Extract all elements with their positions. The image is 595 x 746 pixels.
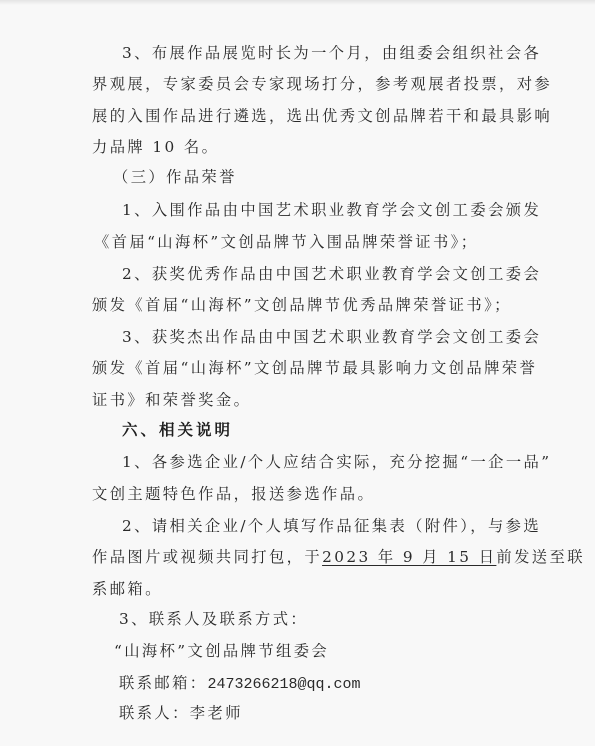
note-item-2-line: 作品图片或视频共同打包，于2023 年 9 月 15 日前发送至联 <box>92 547 508 567</box>
honor-item-3-line: 颁发《首届“山海杯”文创品牌节最具影响力文创品牌荣誉 <box>92 358 508 378</box>
note-item-2-line: 2、请相关企业/个人填写作品征集表（附件），与参选 <box>122 516 538 536</box>
contact-heading: 3、联系人及联系方式： <box>119 609 535 629</box>
note-item-1-line: 1、各参选企业/个人应结合实际，充分挖掘“一企一品” <box>122 452 538 472</box>
honor-item-3-line: 证书》和荣誉奖金。 <box>92 390 508 410</box>
note-item-2-suffix: 前发送至联 <box>496 548 585 566</box>
paragraph-line: 展的入围作品进行遴选，选出优秀文创品牌若干和最具影响 <box>92 106 508 126</box>
contact-person-line: 联系人：李老师 <box>119 703 535 723</box>
contact-email-line: 联系邮箱：2473266218@qq.com <box>119 673 535 693</box>
honor-item-1-line: 1、入围作品由中国艺术职业教育学会文创工委会颁发 <box>122 200 538 220</box>
paragraph-line: 界观展，专家委员会专家现场打分，参考观展者投票，对参 <box>92 74 508 94</box>
document-page: 3、布展作品展览时长为一个月，由组委会组织社会各 界观展，专家委员会专家现场打分… <box>0 0 595 746</box>
deadline-date: 2023 年 9 月 15 日 <box>322 548 496 566</box>
email-address[interactable]: 2473266218@qq.com <box>208 676 361 693</box>
note-item-2-prefix: 作品图片或视频共同打包，于 <box>92 548 322 566</box>
paragraph-line: 力品牌 10 名。 <box>92 137 508 157</box>
contact-label: 联系人： <box>119 704 190 722</box>
paragraph-line: 3、布展作品展览时长为一个月，由组委会组织社会各 <box>122 43 538 63</box>
honor-item-2-line: 颁发《首届“山海杯”文创品牌节优秀品牌荣誉证书》； <box>92 295 508 315</box>
section-heading-honors: （三）作品荣誉 <box>113 167 529 187</box>
note-item-2-line: 系邮箱。 <box>92 579 508 599</box>
contact-name: 李老师 <box>190 704 243 722</box>
note-item-1-line: 文创主题特色作品，报送参选作品。 <box>92 484 508 504</box>
honor-item-3-line: 3、获奖杰出作品由中国艺术职业教育学会文创工委会 <box>122 327 538 347</box>
organizer-name: “山海杯”文创品牌节组委会 <box>114 641 530 661</box>
honor-item-1-line: 《首届“山海杯”文创品牌节入围品牌荣誉证书》； <box>94 232 510 252</box>
honor-item-2-line: 2、获奖优秀作品由中国艺术职业教育学会文创工委会 <box>122 264 538 284</box>
section-heading-notes: 六、相关说明 <box>122 420 538 440</box>
email-label: 联系邮箱： <box>119 674 208 692</box>
